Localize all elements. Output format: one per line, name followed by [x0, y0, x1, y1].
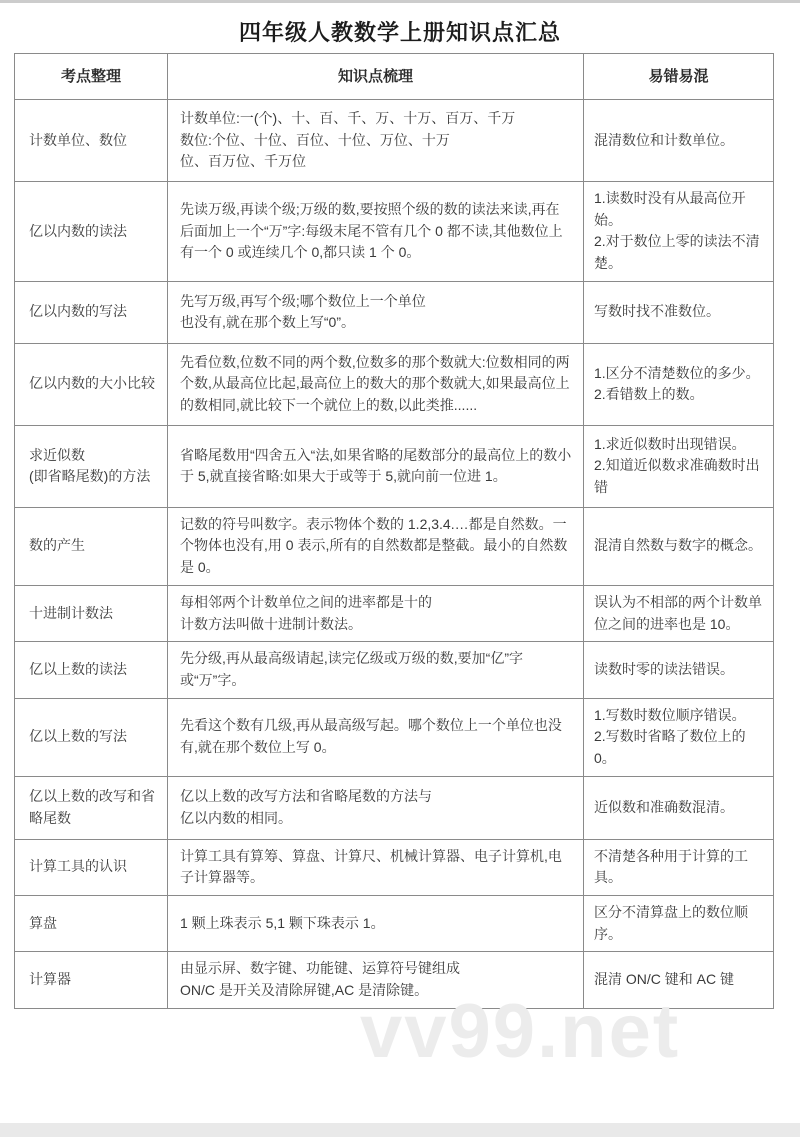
knowledge-cell: 记数的符号叫数字。表示物体个数的 1.2,3.4.…都是自然数。一个物体也没有,… — [168, 507, 584, 585]
header-topic: 考点整理 — [15, 54, 168, 100]
knowledge-cell: 计数单位:一(个)、十、百、千、万、十万、百万、千万 数位:个位、十位、百位、十… — [168, 100, 584, 182]
table-row: 计数单位、数位 计数单位:一(个)、十、百、千、万、十万、百万、千万 数位:个位… — [15, 100, 774, 182]
errors-cell: 写数时找不准数位。 — [584, 281, 774, 343]
table-header-row: 考点整理 知识点梳理 易错易混 — [15, 54, 774, 100]
topic-cell: 亿以上数的改写和省略尾数 — [15, 776, 168, 839]
errors-cell: 近似数和准确数混清。 — [584, 776, 774, 839]
errors-cell: 读数时零的读法错误。 — [584, 642, 774, 698]
errors-cell: 误认为不相部的两个计数单位之间的进率也是 10。 — [584, 585, 774, 641]
topic-cell: 求近似数 (即省略尾数)的方法 — [15, 425, 168, 507]
table-row: 计算工具的认识 计算工具有算筹、算盘、计算尺、机械计算器、电子计算机,电子计算器… — [15, 839, 774, 895]
page-bottom-edge — [0, 1123, 800, 1137]
topic-cell: 数的产生 — [15, 507, 168, 585]
table-row: 亿以上数的写法 先看这个数有几级,再从最高级写起。哪个数位上一个单位也没有,就在… — [15, 698, 774, 776]
topic-cell: 亿以内数的读法 — [15, 182, 168, 282]
topic-cell: 计算器 — [15, 952, 168, 1008]
topic-cell: 亿以上数的写法 — [15, 698, 168, 776]
knowledge-cell: 亿以上数的改写方法和省略尾数的方法与 亿以内数的相同。 — [168, 776, 584, 839]
knowledge-points-table: 考点整理 知识点梳理 易错易混 计数单位、数位 计数单位:一(个)、十、百、千、… — [14, 53, 774, 1009]
errors-cell: 1.写数时数位顺序错误。 2.写数时省略了数位上的 0。 — [584, 698, 774, 776]
table-row: 算盘 1 颗上珠表示 5,1 颗下珠表示 1。 区分不清算盘上的数位顺序。 — [15, 896, 774, 952]
header-knowledge: 知识点梳理 — [168, 54, 584, 100]
topic-cell: 十进制计数法 — [15, 585, 168, 641]
errors-cell: 区分不清算盘上的数位顺序。 — [584, 896, 774, 952]
header-errors: 易错易混 — [584, 54, 774, 100]
topic-cell: 计数单位、数位 — [15, 100, 168, 182]
topic-cell: 计算工具的认识 — [15, 839, 168, 895]
knowledge-cell: 省略尾数用“四舍五入“法,如果省略的尾数部分的最高位上的数小于 5,就直接省略:… — [168, 425, 584, 507]
errors-cell: 混清自然数与数字的概念。 — [584, 507, 774, 585]
errors-cell: 1.求近似数时出现错误。 2.知道近似数求准确数时出错 — [584, 425, 774, 507]
table-row: 求近似数 (即省略尾数)的方法 省略尾数用“四舍五入“法,如果省略的尾数部分的最… — [15, 425, 774, 507]
page-top-edge — [0, 0, 800, 3]
topic-cell: 亿以内数的写法 — [15, 281, 168, 343]
knowledge-cell: 先看这个数有几级,再从最高级写起。哪个数位上一个单位也没有,就在那个数位上写 0… — [168, 698, 584, 776]
errors-cell: 不清楚各种用于计算的工具。 — [584, 839, 774, 895]
table-row: 十进制计数法 每相邻两个计数单位之间的进率都是十的 计数方法叫做十进制计数法。 … — [15, 585, 774, 641]
errors-cell: 混清数位和计数单位。 — [584, 100, 774, 182]
table-row: 亿以上数的改写和省略尾数 亿以上数的改写方法和省略尾数的方法与 亿以内数的相同。… — [15, 776, 774, 839]
errors-cell: 1.区分不清楚数位的多少。 2.看错数上的数。 — [584, 343, 774, 425]
table-row: 亿以内数的大小比较 先看位数,位数不同的两个数,位数多的那个数就大:位数相同的两… — [15, 343, 774, 425]
knowledge-cell: 先看位数,位数不同的两个数,位数多的那个数就大:位数相同的两个数,从最高位比起,… — [168, 343, 584, 425]
table-row: 数的产生 记数的符号叫数字。表示物体个数的 1.2,3.4.…都是自然数。一个物… — [15, 507, 774, 585]
knowledge-cell: 先读万级,再读个级;万级的数,要按照个级的数的读法来读,再在后面加上一个“万”字… — [168, 182, 584, 282]
topic-cell: 算盘 — [15, 896, 168, 952]
knowledge-cell: 先写万级,再写个级;哪个数位上一个单位 也没有,就在那个数上写“0”。 — [168, 281, 584, 343]
table-row: 亿以内数的读法 先读万级,再读个级;万级的数,要按照个级的数的读法来读,再在后面… — [15, 182, 774, 282]
knowledge-cell: 计算工具有算筹、算盘、计算尺、机械计算器、电子计算机,电子计算器等。 — [168, 839, 584, 895]
topic-cell: 亿以内数的大小比较 — [15, 343, 168, 425]
watermark: vv99.net — [360, 988, 680, 1075]
page-title: 四年级人教数学上册知识点汇总 — [0, 16, 800, 47]
knowledge-cell: 先分级,再从最高级请起,读完亿级或万级的数,要加“亿”字或“万”字。 — [168, 642, 584, 698]
table-row: 亿以内数的写法 先写万级,再写个级;哪个数位上一个单位 也没有,就在那个数上写“… — [15, 281, 774, 343]
errors-cell: 1.读数时没有从最高位开始。 2.对于数位上零的读法不清楚。 — [584, 182, 774, 282]
topic-cell: 亿以上数的读法 — [15, 642, 168, 698]
knowledge-cell: 1 颗上珠表示 5,1 颗下珠表示 1。 — [168, 896, 584, 952]
knowledge-cell: 每相邻两个计数单位之间的进率都是十的 计数方法叫做十进制计数法。 — [168, 585, 584, 641]
table-row: 亿以上数的读法 先分级,再从最高级请起,读完亿级或万级的数,要加“亿”字或“万”… — [15, 642, 774, 698]
